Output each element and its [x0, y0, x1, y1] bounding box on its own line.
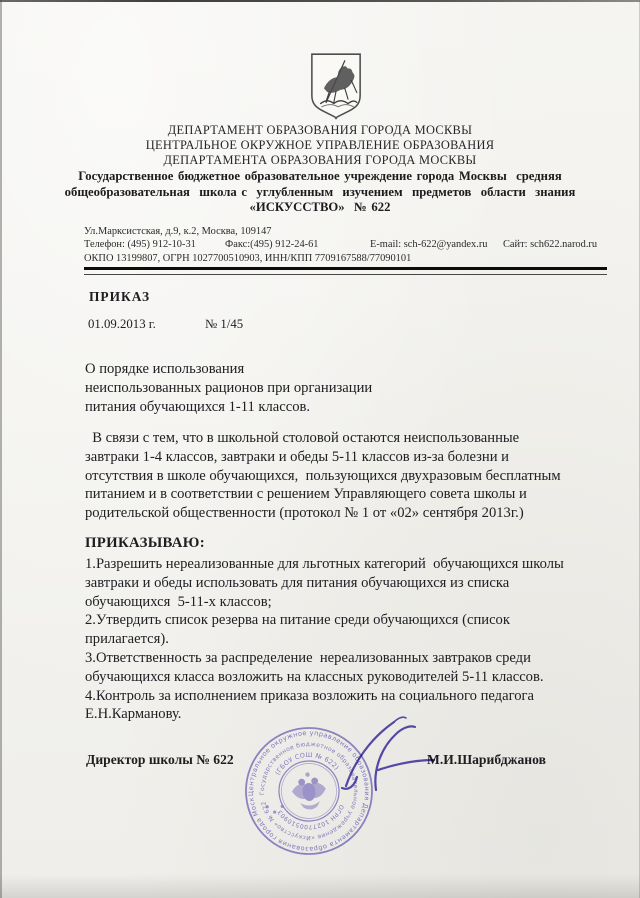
item-line: 1.Разрешить нереализованные для льготных…: [85, 555, 564, 574]
preamble-line: В связи с тем, что в школьной столовой о…: [85, 429, 561, 448]
item-line: 3.Ответственность за распределение нереа…: [85, 649, 564, 668]
resolution-heading: ПРИКАЗЫВАЮ:: [85, 535, 205, 552]
moscow-coat-of-arms-icon: [305, 52, 367, 120]
order-date: 01.09.2013 г.: [88, 317, 156, 331]
letterhead-divider-thick: [84, 267, 607, 270]
item-line: завтраки и обеды использовать для питани…: [85, 574, 564, 593]
email-label: E-mail: sch-622@yandex.ru: [370, 238, 487, 251]
order-subject: О порядке использования неиспользованных…: [85, 360, 372, 416]
letterhead-school-name: Государственное бюджетное образовательно…: [0, 169, 640, 216]
contact-row: Телефон: (495) 912-10-31 Факс:(495) 912-…: [84, 238, 604, 251]
order-number: № 1/45: [205, 317, 243, 332]
preamble-line: питанием и в соответствии с решением Упр…: [85, 485, 561, 504]
scanned-order-document: ДЕПАРТАМЕНТ ОБРАЗОВАНИЯ ГОРОДА МОСКВЫ ЦЕ…: [0, 0, 640, 898]
item-line: обучающихся класса возложить на классных…: [85, 668, 564, 687]
letterhead-line: ДЕПАРТАМЕНТА ОБРАЗОВАНИЯ ГОРОДА МОСКВЫ: [0, 153, 640, 168]
contact-block: Ул.Марксистская, д.9, к.2, Москва, 10914…: [84, 225, 604, 265]
subject-line: О порядке использования: [85, 360, 372, 379]
preamble-line: родительской общественности (протокол № …: [85, 504, 561, 523]
scan-edge-top: [0, 0, 640, 2]
order-title: ПРИКАЗ: [89, 289, 150, 305]
preamble-line: завтраки 1-4 классов, завтраки и обеды 5…: [85, 448, 561, 467]
registry-codes-line: ОКПО 13199807, ОГРН 1027700510903, ИНН/К…: [84, 252, 604, 265]
subject-line: питания обучающихся 1-11 классов.: [85, 398, 372, 417]
school-name-line: общеобразовательная школа с углубленным …: [0, 185, 640, 201]
school-name-line: Государственное бюджетное образовательно…: [0, 169, 640, 185]
item-line: обучающихся 5-11-х классов;: [85, 593, 564, 612]
order-dateline: 01.09.2013 г. № 1/45: [88, 317, 388, 332]
director-position-label: Директор школы № 622: [86, 752, 234, 768]
letterhead-department: ДЕПАРТАМЕНТ ОБРАЗОВАНИЯ ГОРОДА МОСКВЫ ЦЕ…: [0, 123, 640, 169]
phone-label: Телефон: (495) 912-10-31: [84, 238, 196, 251]
item-line: прилагается).: [85, 630, 564, 649]
fax-label: Факс:(495) 912-24-61: [225, 238, 319, 251]
site-label: Сайт: sch622.narod.ru: [503, 238, 597, 251]
subject-line: неиспользованных рационов при организаци…: [85, 379, 372, 398]
address-line: Ул.Марксистская, д.9, к.2, Москва, 10914…: [84, 225, 604, 238]
resolution-items: 1.Разрешить нереализованные для льготных…: [85, 555, 564, 724]
letterhead-line: ЦЕНТРАЛЬНОЕ ОКРУЖНОЕ УПРАВЛЕНИЕ ОБРАЗОВА…: [0, 138, 640, 153]
director-signature: [316, 700, 456, 810]
scan-edge-bottom: [0, 874, 640, 898]
letterhead-divider-thin: [84, 274, 607, 275]
item-line: 2.Утвердить список резерва на питание ср…: [85, 611, 564, 630]
school-name-line: «ИСКУССТВО» № 622: [0, 200, 640, 216]
letterhead-line: ДЕПАРТАМЕНТ ОБРАЗОВАНИЯ ГОРОДА МОСКВЫ: [0, 123, 640, 138]
order-preamble: В связи с тем, что в школьной столовой о…: [85, 429, 561, 523]
preamble-line: отсутствия в школе обучающихся, пользующ…: [85, 467, 561, 486]
